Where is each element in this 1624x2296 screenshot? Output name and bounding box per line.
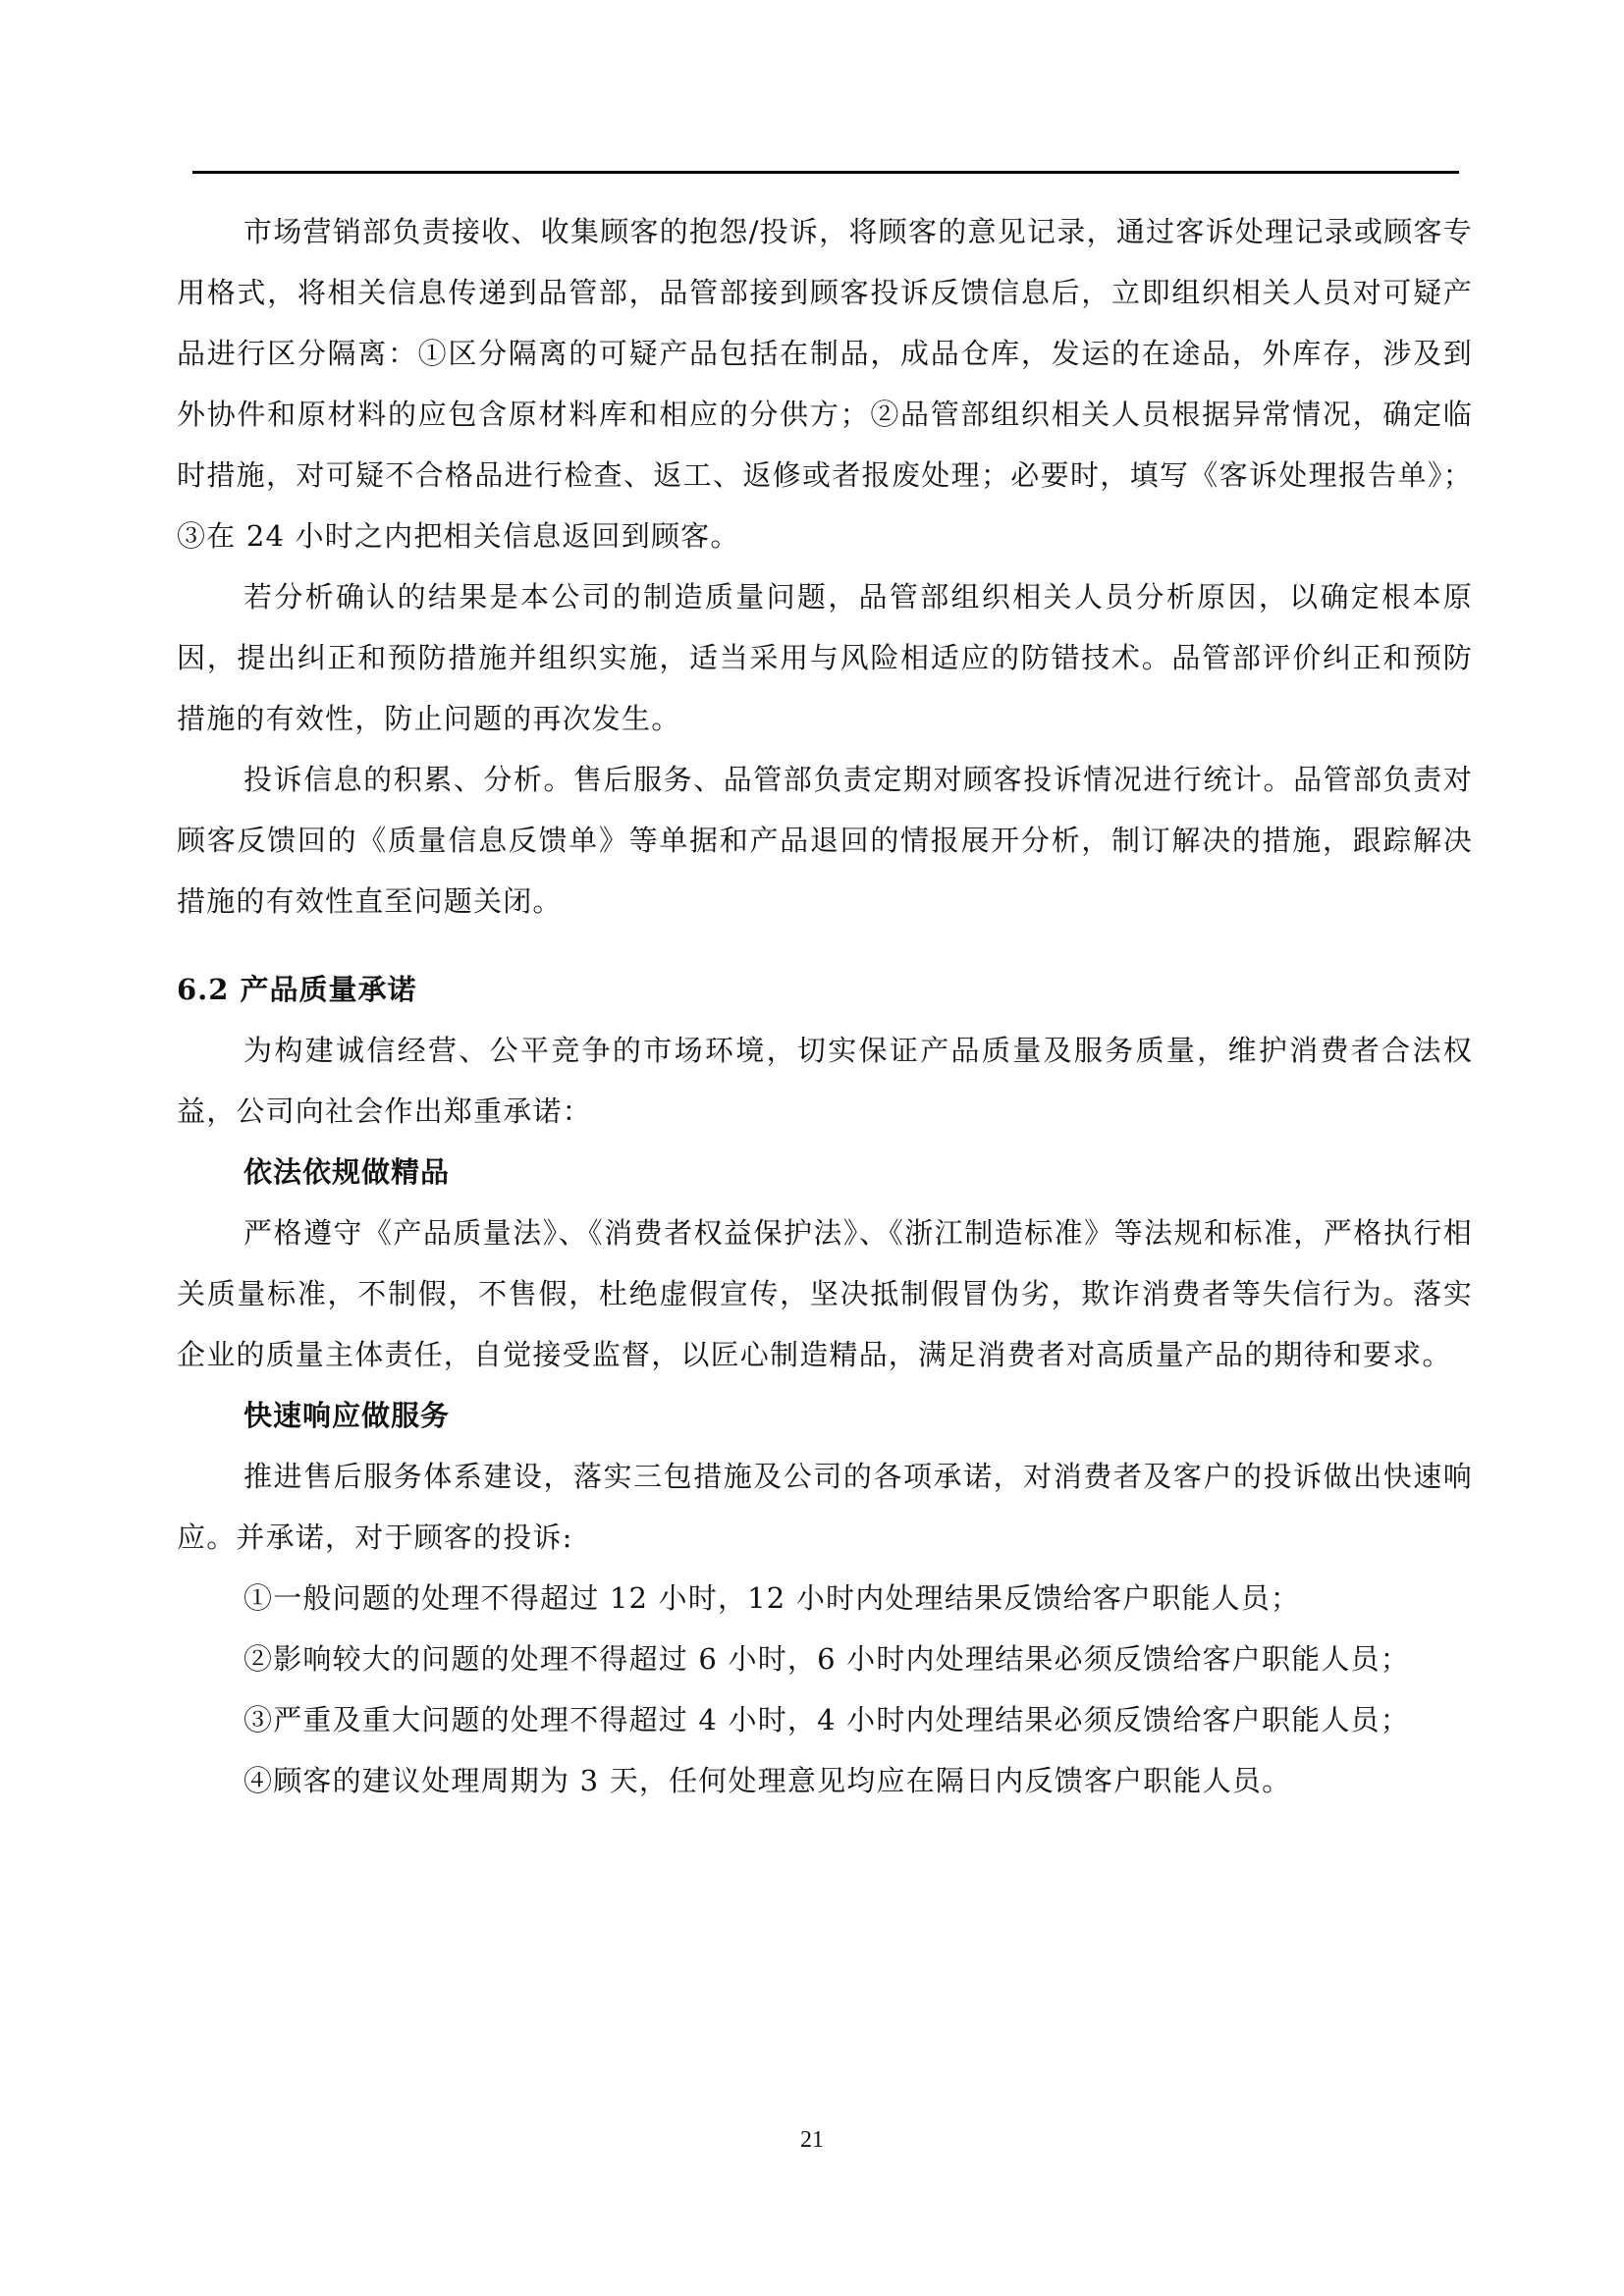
list-item-serious-issue: ③严重及重大问题的处理不得超过 4 小时，4 小时内处理结果必须反馈给客户职能人… (177, 1689, 1473, 1750)
paragraph-complaint-handling: 市场营销部负责接收、收集顾客的抱怨/投诉，将顾客的意见记录，通过客诉处理记录或顾… (177, 201, 1473, 566)
page-body: 市场营销部负责接收、收集顾客的抱怨/投诉，将顾客的意见记录，通过客诉处理记录或顾… (177, 201, 1473, 1811)
paragraph-fast-response: 推进售后服务体系建设，落实三包措施及公司的各项承诺，对消费者及客户的投诉做出快速… (177, 1446, 1473, 1568)
paragraph-complaint-analysis: 投诉信息的积累、分析。售后服务、品管部负责定期对顾客投诉情况进行统计。品管部负责… (177, 749, 1473, 932)
subheading-fast-response: 快速响应做服务 (177, 1385, 1473, 1446)
paragraph-lawful-quality: 严格遵守《产品质量法》、《消费者权益保护法》、《浙江制造标准》等法规和标准，严格… (177, 1202, 1473, 1385)
section-heading-6-2: 6.2 产品质量承诺 (177, 959, 1473, 1020)
page-number: 21 (0, 2127, 1624, 2154)
paragraph-commitment-intro: 为构建诚信经营、公平竞争的市场环境，切实保证产品质量及服务质量，维护消费者合法权… (177, 1020, 1473, 1142)
list-item-general-issue: ①一般问题的处理不得超过 12 小时，12 小时内处理结果反馈给客户职能人员； (177, 1568, 1473, 1629)
paragraph-root-cause: 若分析确认的结果是本公司的制造质量问题，品管部组织相关人员分析原因，以确定根本原… (177, 566, 1473, 749)
list-item-major-issue: ②影响较大的问题的处理不得超过 6 小时，6 小时内处理结果必须反馈给客户职能人… (177, 1629, 1473, 1689)
list-item-suggestion: ④顾客的建议处理周期为 3 天，任何处理意见均应在隔日内反馈客户职能人员。 (177, 1750, 1473, 1811)
subheading-lawful-quality: 依法依规做精品 (177, 1142, 1473, 1202)
header-rule (192, 171, 1459, 174)
